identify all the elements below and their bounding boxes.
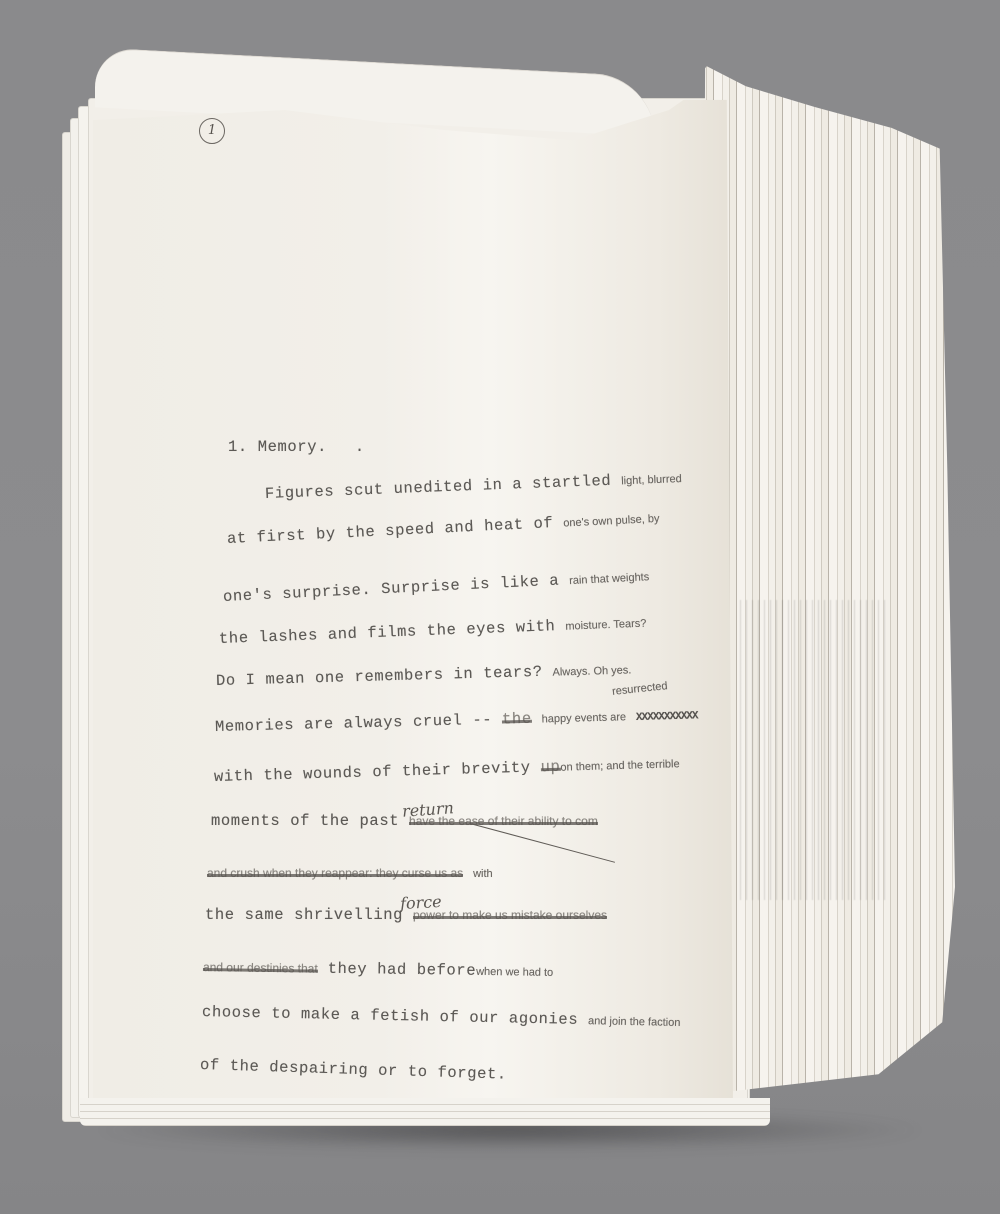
x-out-text: XXXXXXXXXXX [636, 710, 698, 724]
heading-text: 1. Memory. [228, 438, 327, 456]
small-typed-text: when we had to [476, 966, 553, 979]
struck-text: the [502, 710, 532, 729]
small-typed-text: one's own pulse, by [563, 513, 660, 530]
heading-mark: . [355, 438, 365, 456]
struck-text: and our destinies that [203, 960, 318, 976]
small-typed-text: happy events are [542, 711, 627, 725]
typed-text: moments of the past [211, 812, 399, 830]
small-typed-text: Always. Oh yes. [552, 664, 631, 678]
small-typed-text: rain that weights [569, 571, 650, 587]
photo-scene: 1 1. Memory. . Figures scut unedited in … [0, 0, 1000, 1214]
section-heading: 1. Memory. . [228, 438, 365, 456]
typed-text: they had before [328, 960, 477, 980]
fanned-page-edges [700, 55, 955, 1095]
struck-text: have the ease of their ability to com [409, 814, 598, 828]
struck-text: and crush when they reappear: they curse… [207, 866, 463, 880]
text-line: and crush when they reappear: they curse… [207, 864, 493, 882]
page-number-circled: 1 [199, 118, 225, 144]
small-typed-text: on them; and the terrible [560, 758, 680, 774]
small-typed-text: light, blurred [621, 473, 682, 487]
small-typed-text: with [473, 868, 493, 880]
struck-text: up [540, 758, 560, 777]
page-edge-ink-marks [735, 600, 885, 900]
stack-bottom-edges [80, 1098, 770, 1126]
small-typed-text: and join the faction [588, 1015, 681, 1029]
manuscript-page [93, 100, 733, 1105]
text-line: the same shrivelling power to make us mi… [205, 906, 607, 924]
text-line: moments of the past have the ease of the… [211, 812, 598, 830]
typed-text: the same shrivelling [205, 906, 403, 924]
small-typed-text: moisture. Tears? [565, 618, 647, 633]
struck-text: power to make us mistake ourselves [413, 908, 607, 922]
